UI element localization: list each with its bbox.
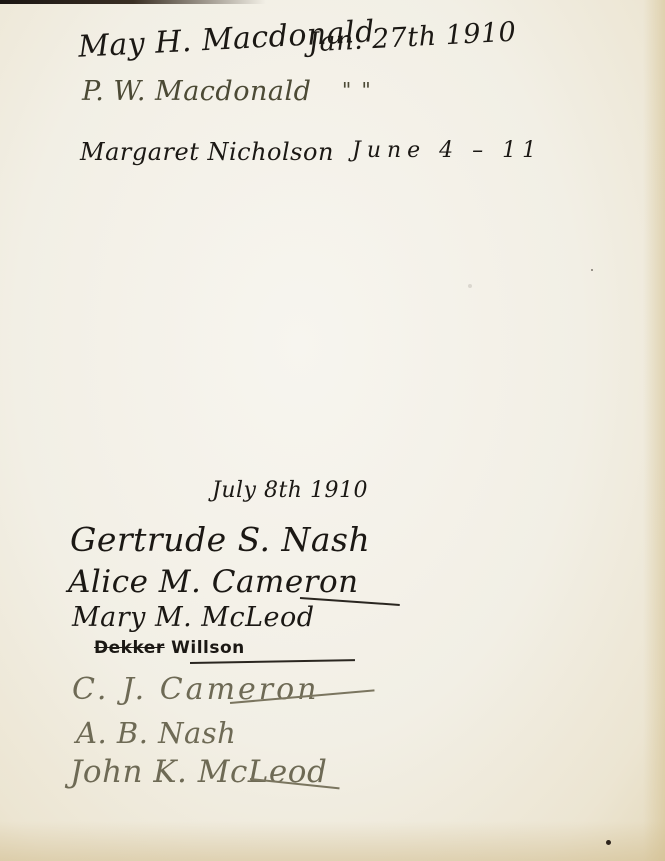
paper-speck (606, 840, 611, 845)
date-june-4-11: June 4 – 11 (352, 138, 542, 163)
page-edge-shadow (643, 0, 665, 861)
page-bottom-shadow (0, 821, 665, 861)
paper-speck (468, 284, 472, 288)
signature-alice-cameron: Alice M. Cameron (68, 564, 359, 600)
date-july-8-1910: July 8th 1910 (212, 478, 368, 503)
struck-prefix: Dekker (94, 638, 165, 658)
signature-gertrude-nash: Gertrude S. Nash (70, 520, 370, 559)
ditto-marks: " " (342, 78, 373, 102)
paper-speck (591, 269, 593, 271)
signature-cj-cameron: C. J. Cameron (72, 672, 320, 707)
signature-willson: Dekker Willson (94, 638, 245, 658)
signature-john-mcleod: John K. McLeod (70, 754, 327, 790)
signature-ab-nash: A. B. Nash (76, 716, 236, 750)
divider-line (190, 659, 355, 663)
signature-mary-mcleod: Mary M. McLeod (72, 602, 315, 633)
guestbook-page: May H. Macdonald Jan. 27th 1910 P. W. Ma… (0, 0, 665, 861)
surname: Willson (171, 638, 245, 658)
signature-pw-macdonald: P. W. Macdonald (82, 76, 311, 107)
signature-margaret-nicholson: Margaret Nicholson (80, 138, 334, 166)
